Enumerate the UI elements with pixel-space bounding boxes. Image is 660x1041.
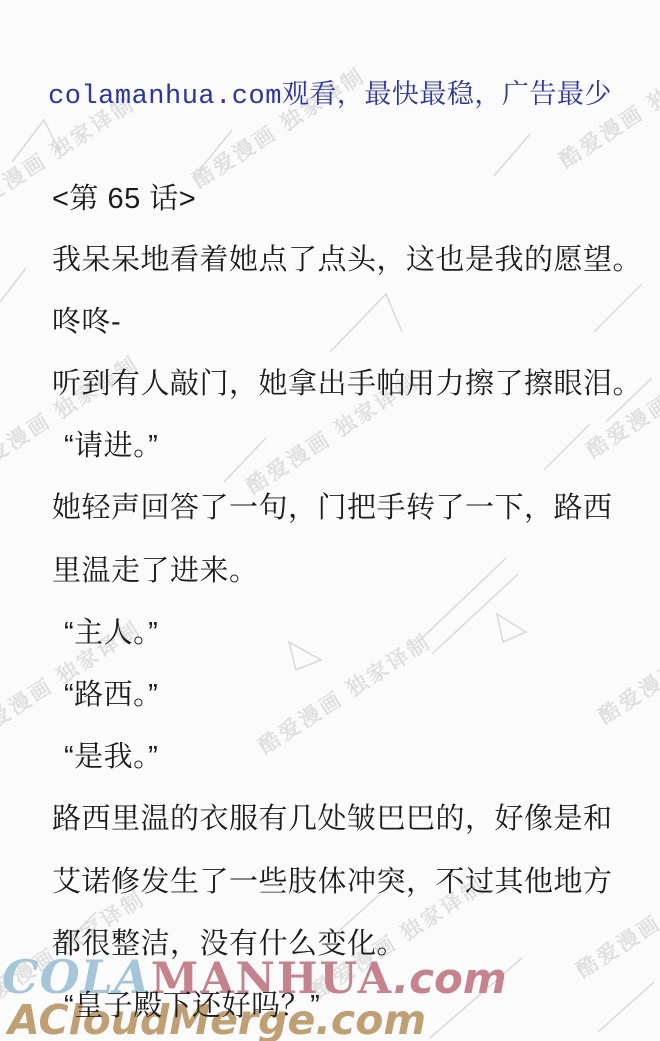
text-line: 路西里温的衣服有几处皱巴巴的，好像是和 bbox=[52, 802, 613, 836]
diagonal-watermark-text: 酷爱漫画 独家译制 bbox=[592, 596, 660, 731]
text-line: 里温走了进来。 bbox=[52, 554, 259, 588]
diagonal-watermark-text: 酷爱漫画 独家译制 bbox=[252, 626, 437, 761]
text-line-quote: “路西。” bbox=[64, 678, 158, 712]
text-line-quote: “是我。” bbox=[64, 740, 158, 774]
text-line: 我呆呆地看着她点了点头，这也是我的愿望。 bbox=[52, 243, 642, 277]
text-line: 都很整洁，没有什么变化。 bbox=[52, 927, 406, 961]
chapter-title: <第 65 话> bbox=[52, 182, 196, 216]
text-line: 咚咚- bbox=[52, 305, 121, 339]
acloudmerge-watermark-dotcom: .com bbox=[315, 996, 426, 1041]
text-line: 听到有人敲门，她拿出手帕用力擦了擦眼泪。 bbox=[52, 367, 642, 401]
text-line-quote: “皇子殿下还好吗？” bbox=[64, 989, 320, 1023]
text-line: 她轻声回答了一句，门把手转了一下，路西 bbox=[52, 491, 613, 525]
colamanhua-watermark-dotcom: .com bbox=[393, 954, 506, 1003]
text-line-quote: “主人。” bbox=[64, 616, 158, 650]
text-line-quote: “请进。” bbox=[64, 429, 158, 463]
text-line: 艾诺修发生了一些肢体冲突，不过其他地方 bbox=[52, 865, 613, 899]
site-promo-header: colamanhua.com观看，最快最稳，广告最少 bbox=[0, 72, 660, 112]
